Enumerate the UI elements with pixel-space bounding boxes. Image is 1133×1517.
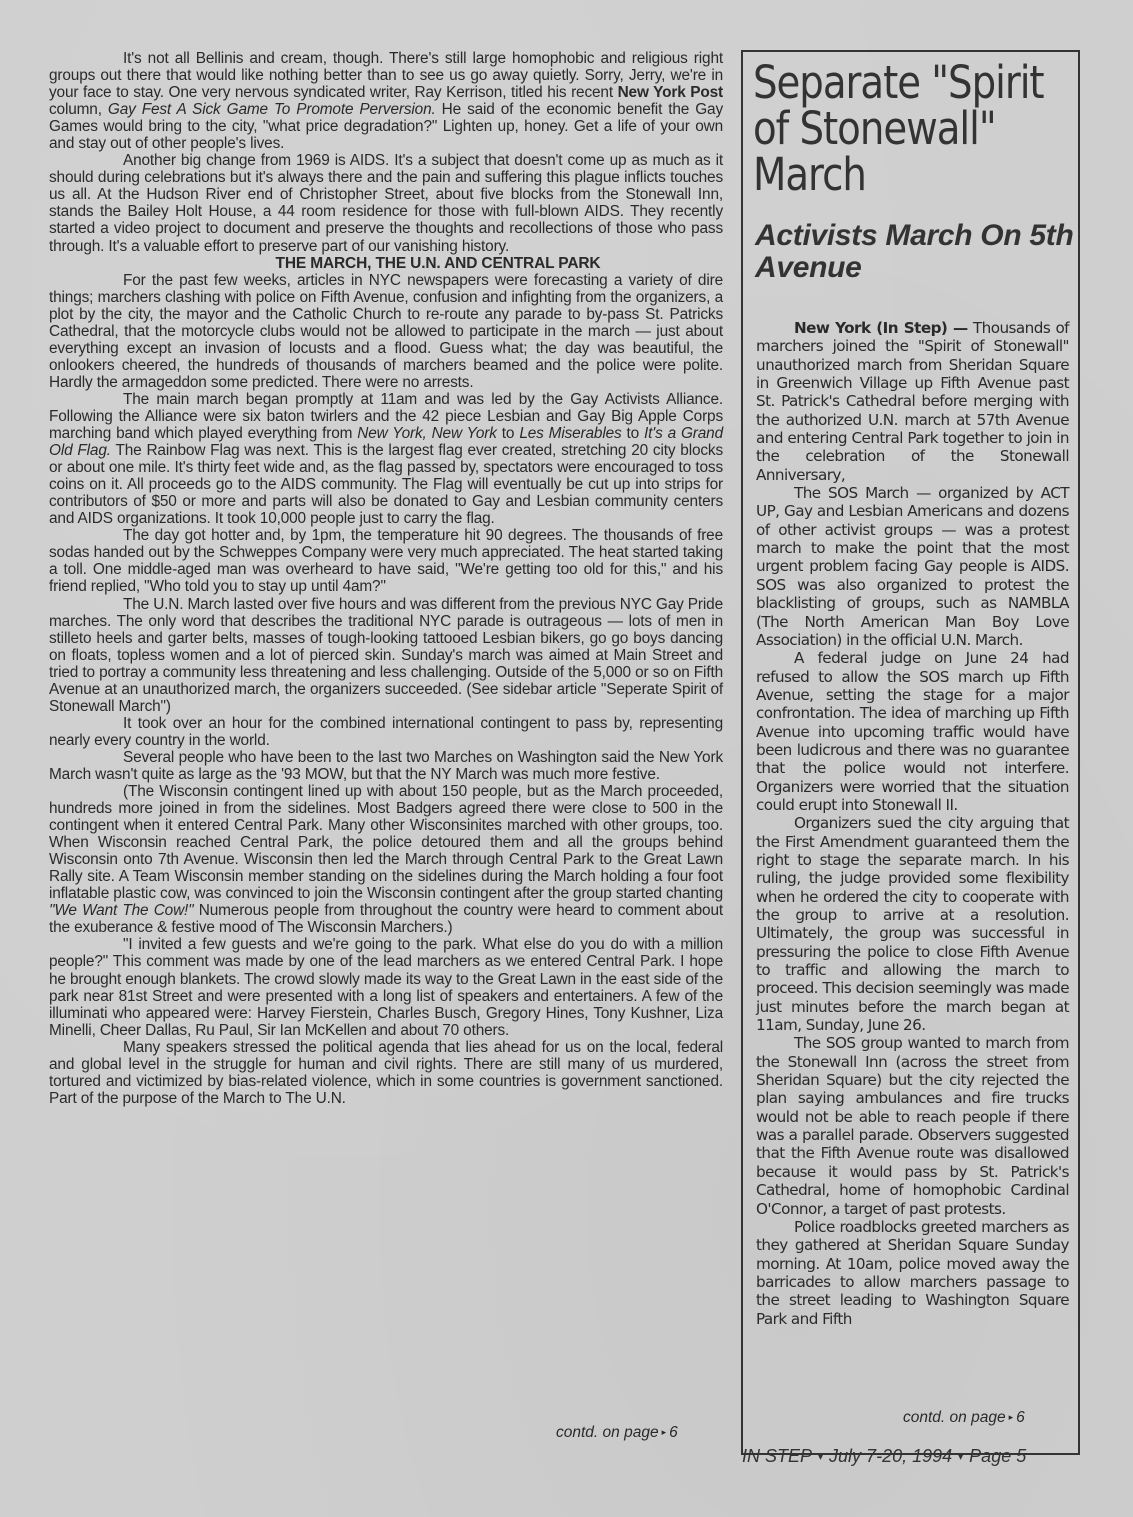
paragraph-text: column, [49, 101, 108, 118]
publication-name: IN STEP [742, 1446, 812, 1466]
article-paragraph: It took over an hour for the combined in… [49, 715, 723, 749]
sidebar-paragraph: The SOS March — organized by ACT UP, Gay… [756, 484, 1069, 649]
sidebar-subheadline: Activists March On 5th Avenue [755, 220, 1085, 284]
sidebar-continued-on-page-link[interactable]: contd. on page▸6 [903, 1409, 1025, 1427]
sidebar-body: New York (In Step) — Thousands of marche… [756, 319, 1069, 1328]
article-paragraph: "I invited a few guests and we're going … [49, 936, 723, 1038]
article-paragraph: It's not all Bellinis and cream, though.… [49, 50, 723, 152]
triangle-right-icon: ▸ [662, 1427, 667, 1437]
chant-quote: "We Want The Cow!" [49, 902, 194, 919]
paragraph-text: Thousands of marchers joined the "Spirit… [756, 319, 1069, 484]
contd-label: contd. on page [556, 1424, 659, 1441]
article-paragraph: (The Wisconsin contingent lined up with … [49, 783, 723, 936]
sidebar-paragraph: New York (In Step) — Thousands of marche… [756, 319, 1069, 484]
triangle-down-icon: ▾ [958, 1452, 963, 1463]
issue-date: July 7-20, 1994 [829, 1446, 952, 1466]
song-title: Les Miserables [519, 425, 621, 442]
column-title: Gay Fest A Sick Game To Promote Perversi… [108, 101, 436, 118]
contd-page-number: 6 [669, 1424, 678, 1441]
dateline: New York (In Step) — [794, 319, 968, 337]
article-paragraph: Several people who have been to the last… [49, 749, 723, 783]
article-paragraph: The main march began promptly at 11am an… [49, 391, 723, 527]
page-number: Page 5 [969, 1446, 1026, 1466]
sidebar-paragraph: Police roadblocks greeted marchers as th… [756, 1218, 1069, 1328]
main-article: It's not all Bellinis and cream, though.… [49, 50, 723, 1107]
page-footer: IN STEP▾July 7-20, 1994▾Page 5 [742, 1446, 1026, 1467]
paragraph-text: to [497, 425, 519, 442]
article-paragraph: For the past few weeks, articles in NYC … [49, 272, 723, 391]
contd-label: contd. on page [903, 1409, 1006, 1426]
paragraph-text: The Rainbow Flag was next. This is the l… [49, 442, 723, 527]
publication-name: New York Post [618, 84, 723, 101]
song-title: New York, New York [357, 425, 497, 442]
article-paragraph: The day got hotter and, by 1pm, the temp… [49, 527, 723, 595]
sidebar-paragraph: A federal judge on June 24 had refused t… [756, 649, 1069, 814]
triangle-right-icon: ▸ [1009, 1412, 1014, 1422]
article-paragraph: The U.N. March lasted over five hours an… [49, 596, 723, 715]
contd-page-number: 6 [1016, 1409, 1025, 1426]
section-subhead: THE MARCH, THE U.N. AND CENTRAL PARK [49, 255, 723, 272]
sidebar-paragraph: Organizers sued the city arguing that th… [756, 814, 1069, 1034]
paragraph-text: (The Wisconsin contingent lined up with … [49, 783, 723, 902]
article-paragraph: Another big change from 1969 is AIDS. It… [49, 152, 723, 254]
article-paragraph: Many speakers stressed the political age… [49, 1039, 723, 1107]
triangle-down-icon: ▾ [818, 1452, 823, 1463]
paragraph-text: to [622, 425, 644, 442]
sidebar-paragraph: The SOS group wanted to march from the S… [756, 1034, 1069, 1217]
sidebar-article-box: Separate "Spirit of Stonewall" March Act… [741, 50, 1080, 1455]
continued-on-page-link[interactable]: contd. on page▸6 [556, 1424, 678, 1442]
newspaper-page: It's not all Bellinis and cream, though.… [0, 0, 1133, 1517]
sidebar-headline: Separate "Spirit of Stonewall" March [753, 60, 1084, 198]
